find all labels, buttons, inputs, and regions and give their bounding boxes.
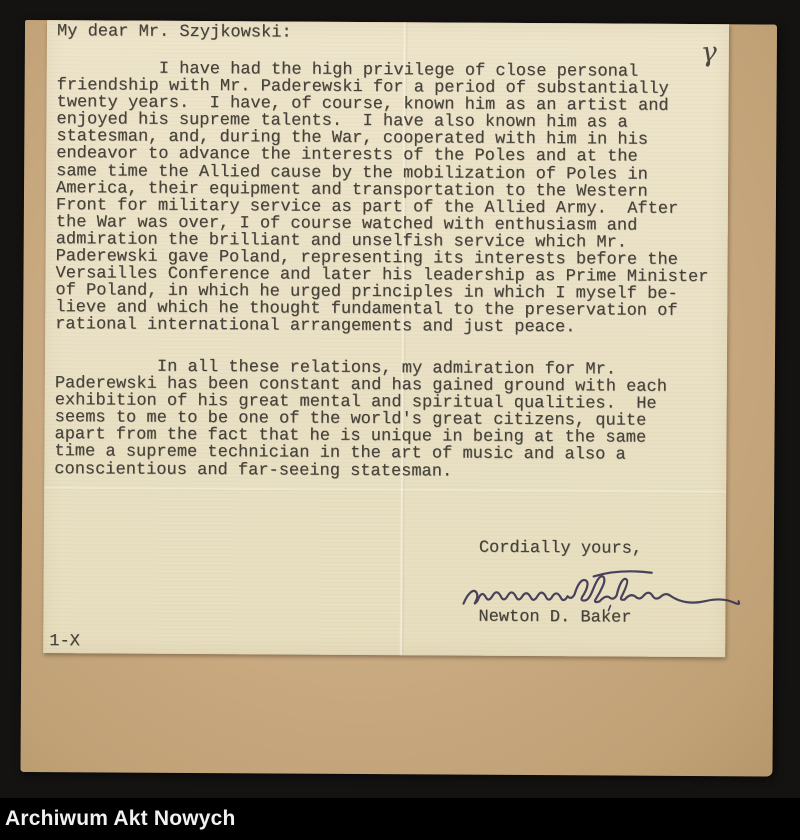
typed-signer-name: Newton D. Baker (478, 609, 631, 627)
mounting-board: My dear Mr. Szyjkowski: I have had the h… (20, 20, 777, 777)
salutation: My dear Mr. Szyjkowski: (57, 23, 292, 42)
archive-watermark-label: Archiwum Akt Nowych (5, 807, 236, 831)
handwritten-mark: γ (700, 33, 742, 71)
archive-code: 1-X (49, 633, 80, 650)
archive-caption-bar: Archiwum Akt Nowych (0, 798, 800, 840)
letter-paragraph-2: In all these relations, my admiration fo… (54, 358, 667, 481)
closing-line: Cordially yours, (479, 540, 642, 558)
signature-stroke (464, 575, 740, 605)
scan-background: My dear Mr. Szyjkowski: I have had the h… (0, 0, 800, 798)
horizontal-fold-line (44, 486, 726, 494)
archival-scan: My dear Mr. Szyjkowski: I have had the h… (0, 0, 800, 840)
letter-paragraph-1: I have had the high privilege of close p… (55, 60, 710, 337)
letter-paper: My dear Mr. Szyjkowski: I have had the h… (43, 20, 729, 657)
